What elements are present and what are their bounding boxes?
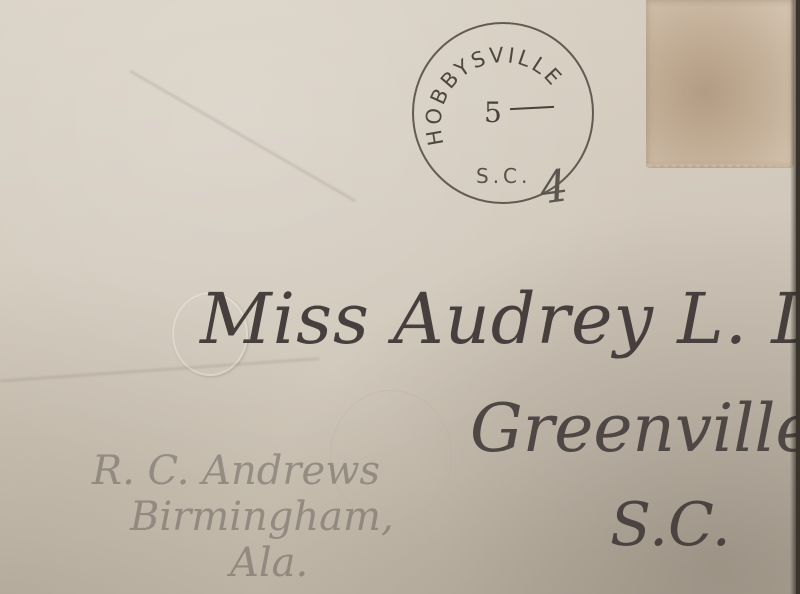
paper-crease <box>130 70 356 202</box>
recipient-state: S.C. <box>610 490 731 560</box>
envelope-edge-shadow <box>790 0 796 594</box>
paper-crease <box>0 358 319 382</box>
postmark-date: 5 <box>484 96 502 129</box>
postmark-state: S.C. <box>476 164 531 188</box>
return-address-name: R. C. Andrews <box>92 448 380 494</box>
envelope-photo: HOBBYSVILLE 5 S.C. 4 Miss Audrey L. Davi… <box>0 0 796 594</box>
postage-stamp <box>646 0 794 168</box>
recipient-city: Greenville. <box>470 390 796 467</box>
return-address-state: Ala. <box>230 540 308 586</box>
recipient-name: Miss Audrey L. Davis, <box>200 278 796 360</box>
return-address-city: Birmingham, <box>130 494 394 540</box>
